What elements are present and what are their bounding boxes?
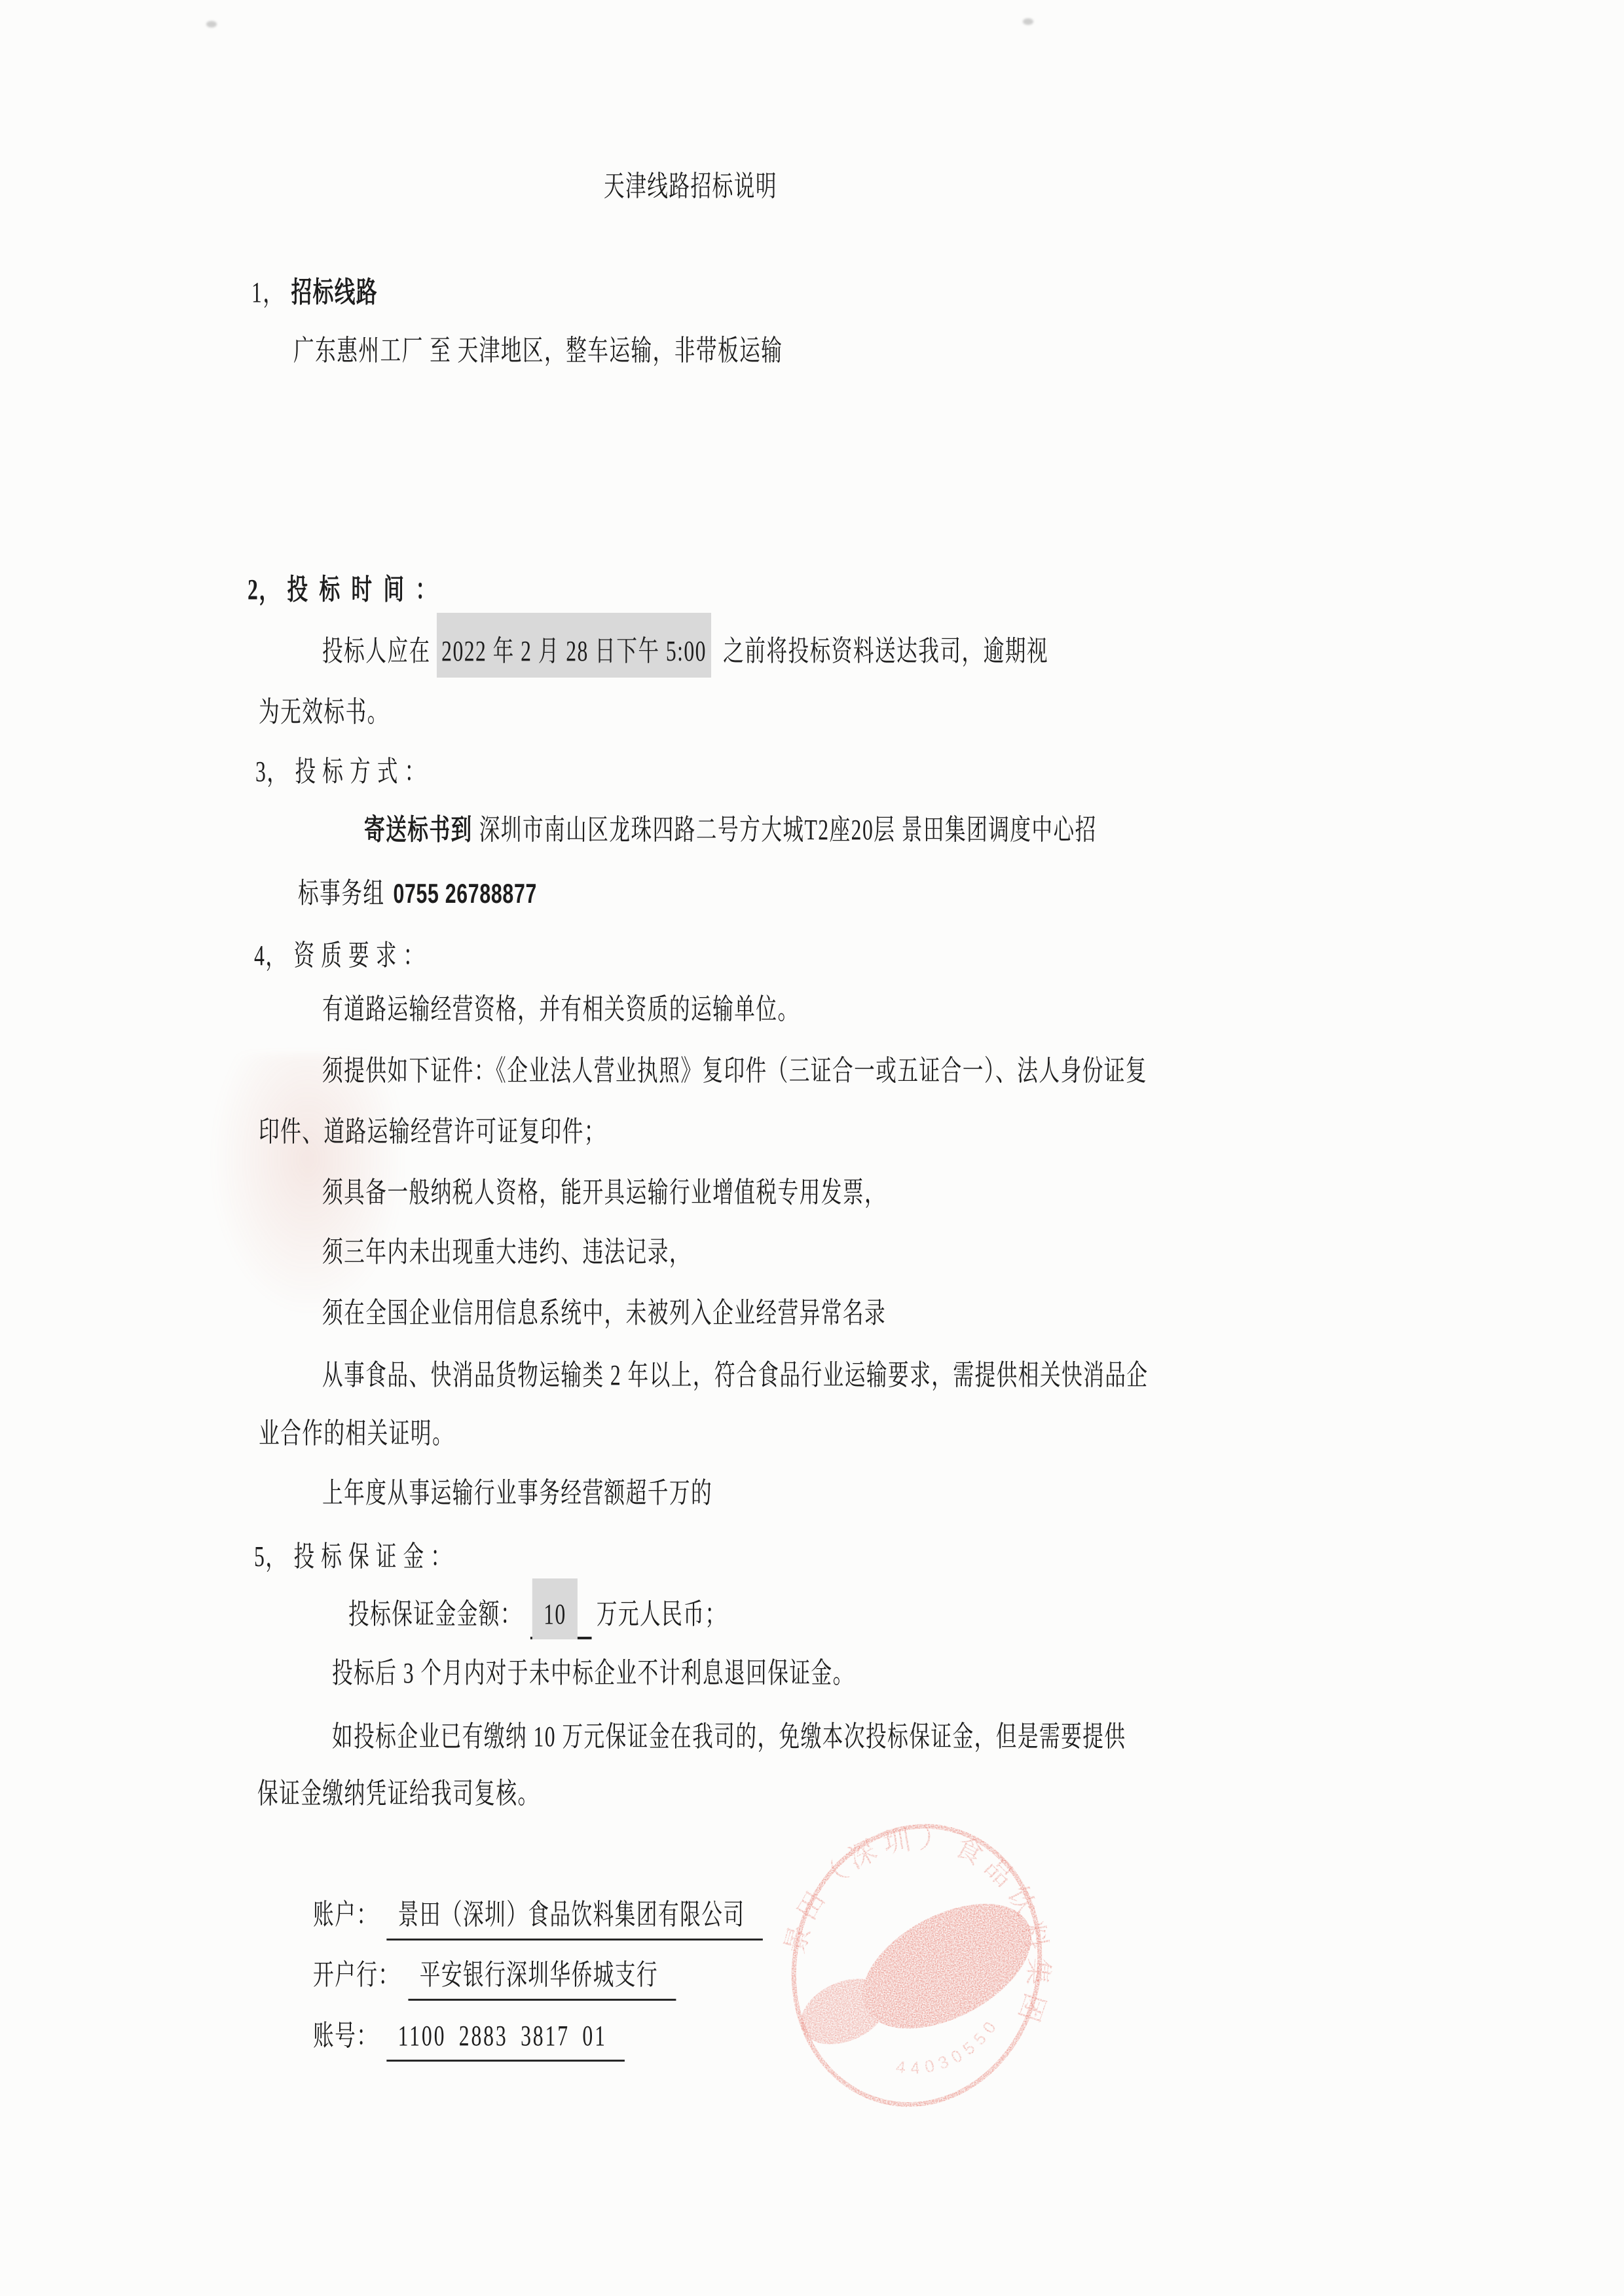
scan-speck — [1023, 18, 1033, 25]
deposit-amount-label: 投标保证金金额： — [348, 1598, 522, 1630]
section-1-heading-text: 招标线路 — [291, 278, 377, 307]
qualification-line: 有道路运输经营资格，并有相关资质的运输单位。 — [322, 995, 800, 1024]
section-5-heading-text: 投标保证金： — [293, 1542, 458, 1571]
delivery-address: 深圳市南山区龙珠四路二号方大城T2座20层 景田集团调度中心招 — [479, 816, 1097, 845]
section-3-heading-text: 投标方式： — [295, 757, 432, 786]
scan-speck — [206, 21, 217, 27]
account-holder-value: 景田（深圳）食品饮料集团有限公司 — [386, 1899, 763, 1941]
deposit-amount-unit: 万元人民币； — [597, 1598, 727, 1630]
qualification-line: 须三年内未出现重大违约、违法记录， — [322, 1238, 691, 1267]
deposit-amount-value: 10 — [532, 1578, 578, 1639]
contact-phone: 0755 26788877 — [393, 878, 537, 909]
qualification-line: 须提供如下证件：《企业法人营业执照》复印件（三证合一或五证合一）、法人身份证复 — [322, 1057, 1147, 1085]
qualification-line: 业合作的相关证明。 — [259, 1419, 454, 1448]
section-4-heading-text: 资质要求： — [293, 941, 430, 970]
section-2-heading: 2，投标时间： — [248, 575, 447, 604]
route-line: 广东惠州工厂 至 天津地区，整车运输，非带板运输 — [293, 337, 783, 365]
scanned-tender-document: 天津线路招标说明 1，招标线路 广东惠州工厂 至 天津地区，整车运输，非带板运输… — [0, 0, 1624, 2296]
section-2-heading-text: 投标时间： — [287, 575, 447, 604]
deadline-tail: 之前将投标资料送达我司，逾期视 — [723, 635, 1048, 667]
section-4-heading: 4，资质要求： — [254, 941, 430, 970]
delivery-address-line-2: 标事务组0755 26788877 — [298, 879, 537, 908]
page-title: 天津线路招标说明 — [604, 172, 777, 201]
section-1-number: 1， — [251, 276, 284, 308]
delivery-address-cont: 标事务组 — [298, 877, 384, 909]
bank-label: 开户行： — [313, 1959, 399, 1991]
deposit-amount-line: 投标保证金金额：10万元人民币； — [348, 1600, 726, 1629]
account-number-label: 账号： — [313, 2020, 378, 2052]
qualification-line: 印件、道路运输经营许可证复印件； — [259, 1118, 606, 1146]
qualification-line: 须具备一般纳税人资格，能开具运输行业增值税专用发票， — [322, 1178, 886, 1207]
qualification-line: 须在全国企业信用信息系统中，未被列入企业经营异常名录 — [322, 1299, 886, 1328]
account-holder-line: 账户：景田（深圳）食品饮料集团有限公司 — [313, 1901, 763, 1929]
deadline-line-2: 为无效标书。 — [259, 698, 389, 727]
send-to-label: 寄送标书到 — [364, 814, 473, 846]
qualification-line: 从事食品、快消品货物运输类 2 年以上，符合食品行业运输要求，需提供相关快消品企 — [322, 1361, 1148, 1390]
bank-value: 平安银行深圳华侨城支行 — [408, 1959, 676, 2001]
section-3-heading: 3，投标方式： — [255, 757, 432, 786]
section-2-number: 2， — [248, 574, 280, 606]
section-3-number: 3， — [255, 756, 288, 788]
section-5-number: 5， — [254, 1540, 287, 1573]
qualification-line: 上年度从事运输行业事务经营额超千万的 — [322, 1479, 712, 1508]
deadline-lead: 投标人应在 — [322, 635, 431, 667]
account-number-value: 1100 2883 3817 01 — [386, 2020, 625, 2062]
deposit-refund-line: 投标后 3 个月内对于未中标企业不计利息退回保证金。 — [332, 1659, 855, 1688]
section-5-heading: 5，投标保证金： — [254, 1542, 458, 1571]
section-4-number: 4， — [254, 939, 287, 972]
bank-line: 开户行：平安银行深圳华侨城支行 — [313, 1961, 676, 1990]
section-1-heading: 1，招标线路 — [251, 278, 378, 307]
company-seal-stamp: 景田（深圳）食品饮料集团有限公司 4403055008 — [760, 1802, 1074, 2129]
account-holder-label: 账户： — [313, 1899, 378, 1931]
account-number-line: 账号：1100 2883 3817 01 — [313, 2022, 625, 2050]
delivery-address-line: 寄送标书到深圳市南山区龙珠四路二号方大城T2座20层 景田集团调度中心招 — [364, 816, 1097, 845]
deposit-waiver-line-2: 保证金缴纳凭证给我司复核。 — [257, 1779, 540, 1808]
deadline-highlight: 2022 年 2 月 28 日下午 5:00 — [437, 613, 711, 678]
deposit-amount-blank: 10 — [530, 1598, 592, 1639]
deposit-waiver-line: 如投标企业已有缴纳 10 万元保证金在我司的，免缴本次投标保证金，但是需要提供 — [332, 1722, 1126, 1751]
deadline-line: 投标人应在 2022 年 2 月 28 日下午 5:00 之前将投标资料送达我司… — [322, 637, 1048, 666]
